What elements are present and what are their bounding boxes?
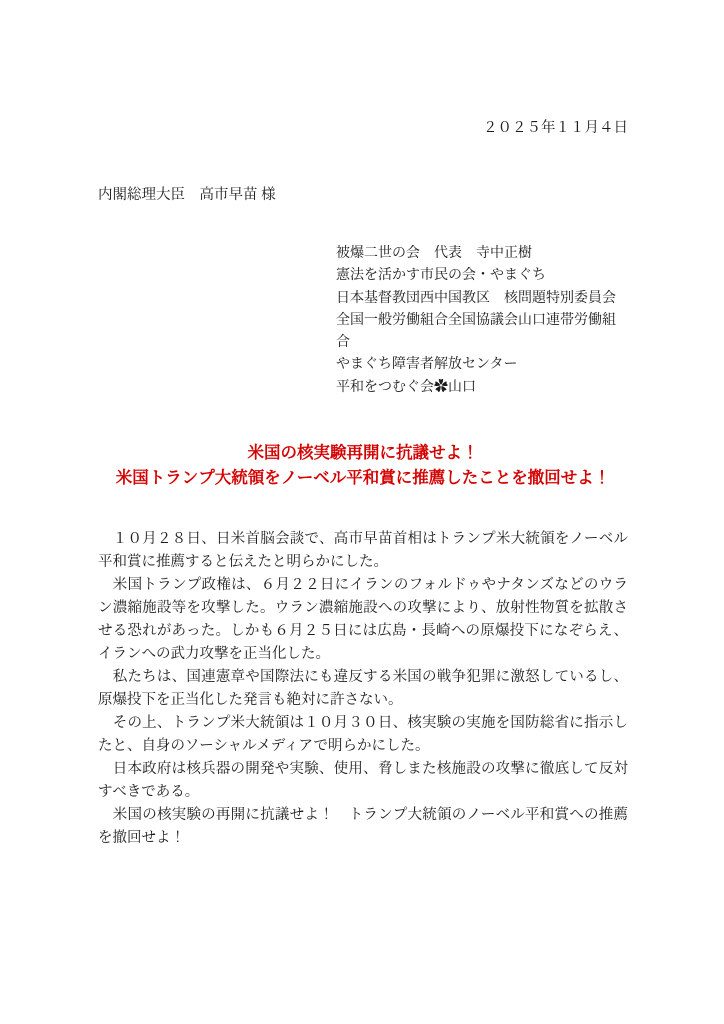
letter-addressee: 内閣総理大臣 高市早苗 様 [98, 185, 628, 205]
sender-line: 被爆二世の会 代表 寺中正樹 [336, 243, 628, 265]
letter-title-line-2: 米国トランプ大統領をノーベル平和賞に推薦したことを撤回せよ！ [98, 466, 628, 491]
letter-title: 米国の核実験再開に抗議せよ！ 米国トランプ大統領をノーベル平和賞に推薦したことを… [98, 441, 628, 491]
body-paragraph: 私たちは、国連憲章や国際法にも違反する米国の戦争犯罪に激怒しているし、原爆投下を… [98, 666, 628, 712]
sender-block: 被爆二世の会 代表 寺中正樹 憲法を活かす市民の会・やまぐち 日本基督教団西中国… [336, 243, 628, 399]
letter-page: ２０２５年１１月４日 内閣総理大臣 高市早苗 様 被爆二世の会 代表 寺中正樹 … [0, 0, 724, 1024]
letter-date: ２０２５年１１月４日 [98, 118, 628, 138]
sender-line-with-flower-icon: 平和をつむぐ会✿山口 [336, 377, 628, 399]
letter-body: １０月２８日、日米首脳会談で、高市早苗首相はトランプ米大統領をノーベル平和賞に推… [98, 528, 628, 850]
letter-title-line-1: 米国の核実験再開に抗議せよ！ [98, 441, 628, 466]
body-paragraph: １０月２８日、日米首脳会談で、高市早苗首相はトランプ米大統領をノーベル平和賞に推… [98, 528, 628, 574]
body-paragraph: その上、トランプ米大統領は１０月３０日、核実験の実施を国防総省に指示したと、自身… [98, 712, 628, 758]
body-paragraph: 米国トランプ政権は、６月２２日にイランのフォルドゥやナタンズなどのウラン濃縮施設… [98, 574, 628, 666]
sender-line: やまぐち障害者解放センター [336, 354, 628, 376]
sender-line: 全国一般労働組合全国協議会山口連帯労働組合 [336, 310, 628, 355]
sender-line: 憲法を活かす市民の会・やまぐち [336, 265, 628, 287]
sender-line: 日本基督教団西中国教区 核問題特別委員会 [336, 288, 628, 310]
body-paragraph: 日本政府は核兵器の開発や実験、使用、脅しまた核施設の攻撃に徹底して反対すべきであ… [98, 758, 628, 804]
body-paragraph: 米国の核実験の再開に抗議せよ！ トランプ大統領のノーベル平和賞への推薦を撤回せよ… [98, 804, 628, 850]
